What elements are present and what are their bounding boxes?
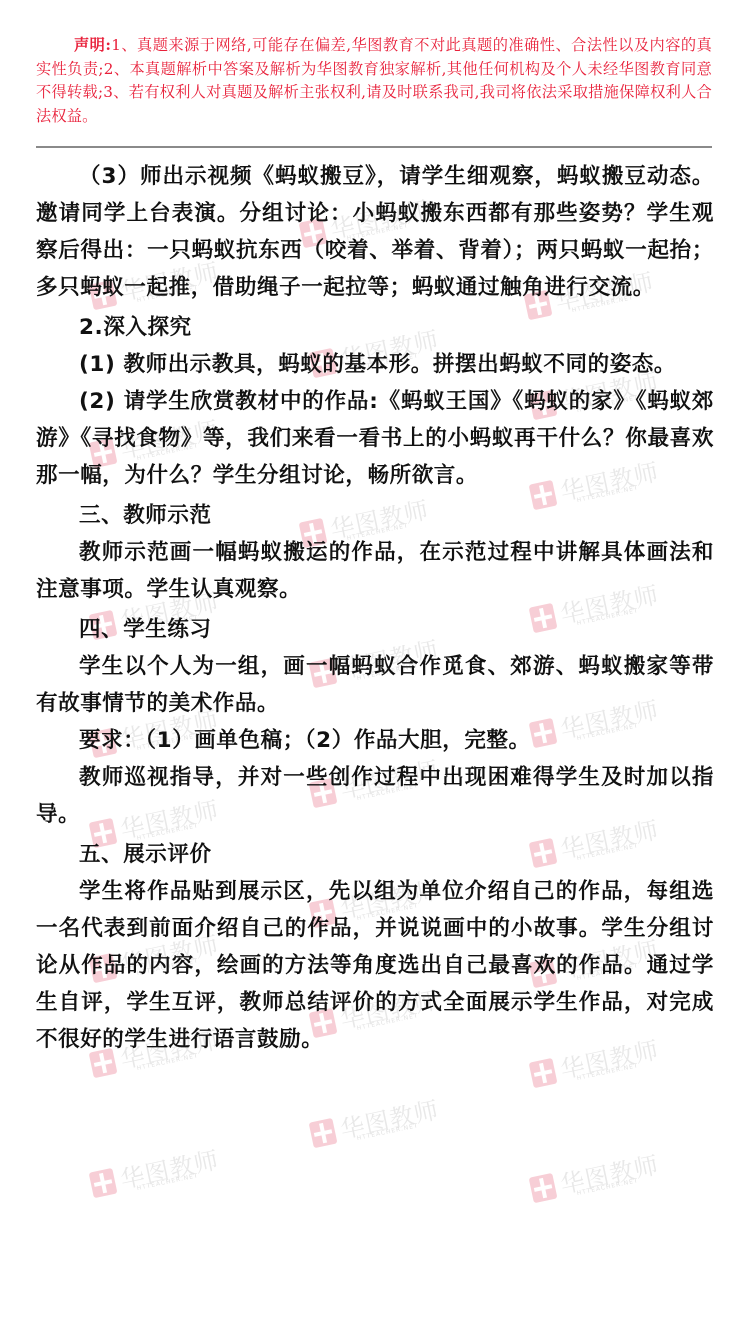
disclaimer-lead: 声明: (74, 36, 111, 54)
watermark-logo-icon (529, 1173, 558, 1203)
paragraph-display-evaluation: 学生将作品贴到展示区，先以组为单位介绍自己的作品，每组选一名代表到前面介绍自己的… (36, 873, 714, 1058)
watermark: 华图教师 HTTEACHER.NET (87, 1136, 233, 1208)
watermark-logo-icon (89, 1168, 118, 1198)
heading-display-evaluation: 五、展示评价 (36, 836, 714, 873)
watermark-logo-icon (529, 1058, 558, 1088)
heading-teacher-demo: 三、教师示范 (36, 497, 714, 534)
heading-deep-exploration: 2.深入探究 (36, 309, 714, 346)
watermark: 华图教师 HTTEACHER.NET (527, 1141, 673, 1213)
paragraph-teaching-aids: (1) 教师出示教具，蚂蚁的基本形。拼摆出蚂蚁不同的姿态。 (36, 346, 714, 383)
header-divider (36, 146, 712, 148)
watermark: 华图教师 HTTEACHER.NET (307, 1086, 453, 1158)
document-body: （3）师出示视频《蚂蚁搬豆》，请学生细观察，蚂蚁搬豆动态。邀请同学上台表演。分组… (36, 158, 714, 1058)
watermark-logo-icon (309, 1118, 338, 1148)
paragraph-teacher-demo: 教师示范画一幅蚂蚁搬运的作品，在示范过程中讲解具体画法和注意事项。学生认真观察。 (36, 534, 714, 608)
heading-student-practice: 四、学生练习 (36, 611, 714, 648)
disclaimer: 声明:1、真题来源于网络,可能存在偏差,华图教育不对此真题的准确性、合法性以及内… (36, 34, 712, 128)
paragraph-requirements: 要求：（1）画单色稿；（2）作品大胆，完整。 (36, 722, 714, 759)
document-page: 华图教师 HTTEACHER.NET 华图教师 HTTEACHER.NET 华图… (0, 0, 748, 1335)
disclaimer-text: 1、真题来源于网络,可能存在偏差,华图教育不对此真题的准确性、合法性以及内容的真… (36, 36, 712, 125)
paragraph-appreciate-works: (2) 请学生欣赏教材中的作品:《蚂蚁王国》《蚂蚁的家》《蚂蚁郊游》《寻找食物》… (36, 383, 714, 494)
paragraph-teacher-guidance: 教师巡视指导，并对一些创作过程中出现困难得学生及时加以指导。 (36, 759, 714, 833)
paragraph-student-practice: 学生以个人为一组，画一幅蚂蚁合作觅食、郊游、蚂蚁搬家等带有故事情节的美术作品。 (36, 648, 714, 722)
paragraph-video-observation: （3）师出示视频《蚂蚁搬豆》，请学生细观察，蚂蚁搬豆动态。邀请同学上台表演。分组… (36, 158, 714, 306)
